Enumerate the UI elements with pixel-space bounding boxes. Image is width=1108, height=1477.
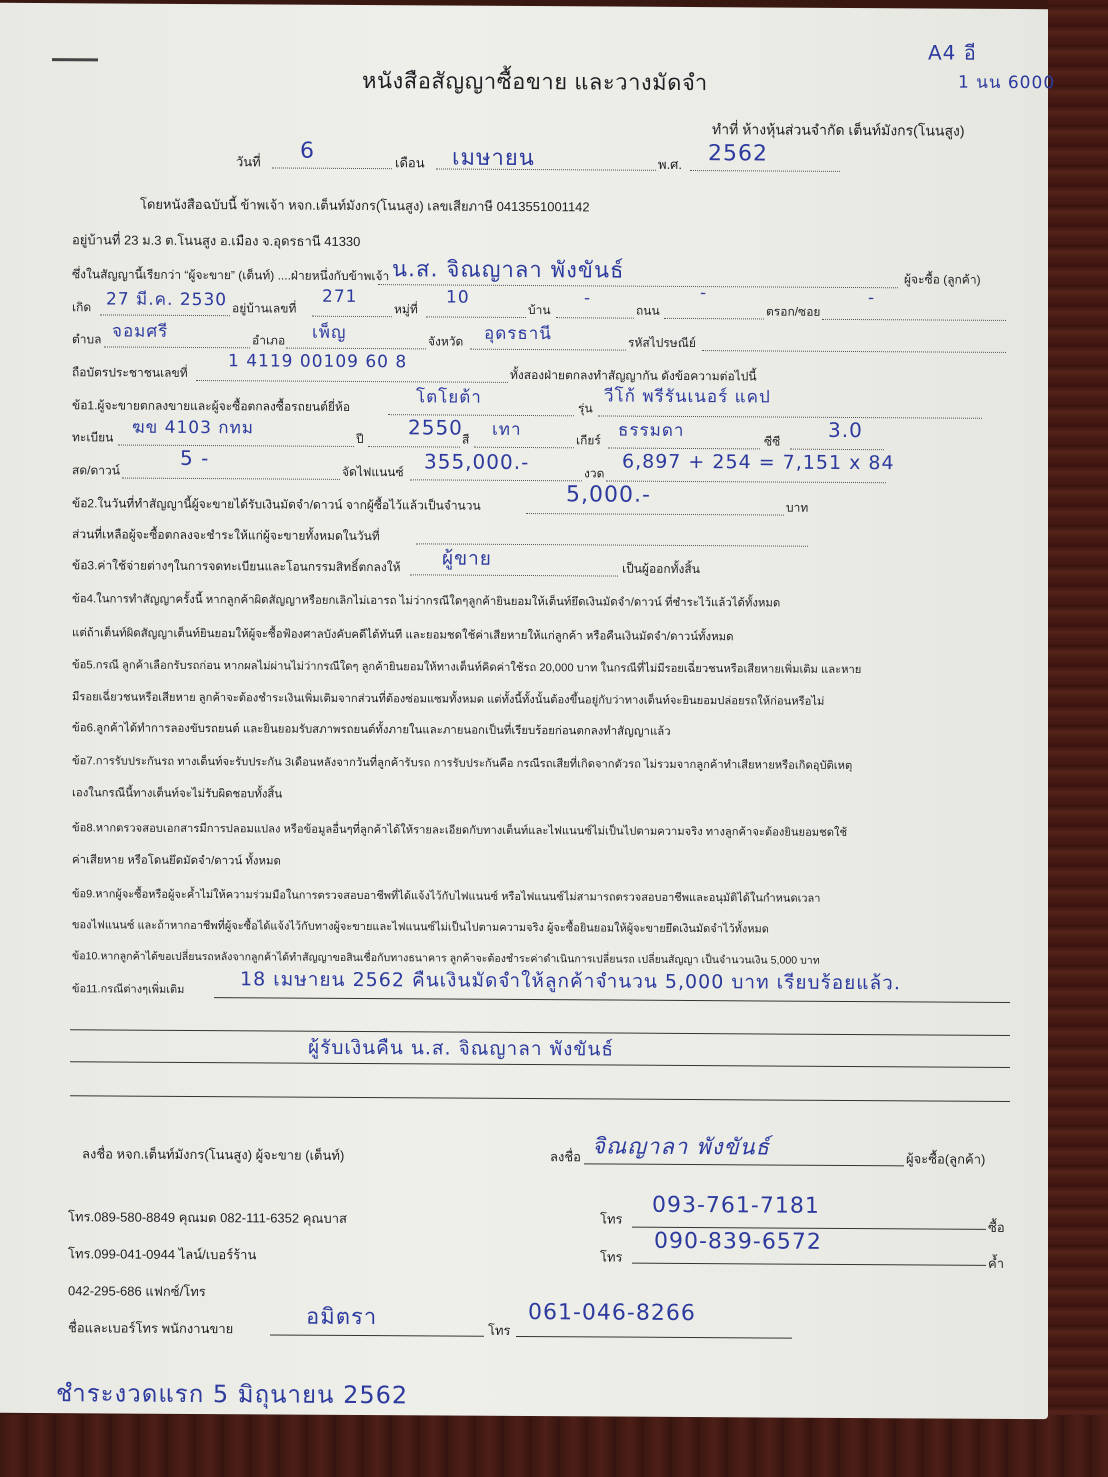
clause-line: ข้อ4.ในการทำสัญญาครั้งนี้ หากลูกค้าผิดสั… — [72, 590, 780, 612]
party-prefix: ซึ่งในสัญญานี้เรียกว่า “ผู้จะขาย” (เต็นท… — [72, 265, 389, 286]
province-label: จังหวัด — [428, 332, 463, 351]
month-label: เดือน — [395, 152, 425, 173]
lane-dots — [822, 319, 1006, 321]
day-value[interactable]: 6 — [300, 139, 315, 164]
clause3-suffix: เป็นผู้ออกทั้งสิ้น — [622, 560, 700, 579]
deposit-value[interactable]: 5,000.- — [566, 482, 651, 508]
guarantor-phone-label: โทร — [600, 1246, 623, 1267]
gear-label: เกียร์ — [576, 431, 601, 450]
finance-value[interactable]: 355,000.- — [424, 449, 529, 474]
clause-line: ข้อ5.กรณี ลูกค้าเลือกรับรถก่อน หากผลไม่ผ… — [72, 655, 861, 678]
year-value[interactable]: 2562 — [708, 141, 768, 166]
reg-label: ทะเบียน — [72, 428, 113, 447]
birth-dots — [100, 314, 230, 316]
guarantor-phone-suffix: ค้ำ — [988, 1253, 1004, 1274]
clause11-line-4 — [70, 1095, 1010, 1102]
id-label: ถือบัตรประชาชนเลขที่ — [72, 363, 188, 383]
house-no-dots — [312, 316, 392, 317]
road-label: ถนน — [636, 302, 660, 321]
deposit-unit: บาท — [786, 499, 808, 518]
clause-line: แต่ถ้าเต็นท์ผิดสัญญาเต็นท์ยินยอมให้ผู้จะ… — [72, 624, 734, 646]
cc-value[interactable]: 3.0 — [828, 418, 863, 442]
seller-contact-line: 042-295-686 แฟกซ์/โทร — [68, 1280, 206, 1302]
intro-line: โดยหนังสือฉบับนี้ ข้าพเจ้า หจก.เต็นท์มัง… — [140, 194, 590, 218]
day-dots — [272, 167, 392, 169]
id-dots — [196, 380, 508, 383]
buyer-suffix: ผู้จะซื้อ (ลูกค้า) — [904, 270, 981, 289]
house-no-value[interactable]: 271 — [322, 287, 357, 307]
vehicle-year-dots — [368, 446, 460, 448]
seller-contact-line: โทร.089-580-8849 คุณมด 082-111-6352 คุณบ… — [68, 1206, 347, 1229]
clause-line: ของไฟแนนซ์ และถ้าหากอาชีพที่ผู้จะซื้อได้… — [72, 915, 769, 937]
year-label: พ.ศ. — [658, 154, 682, 175]
salesperson-phone-value[interactable]: 061-046-8266 — [528, 1300, 696, 1326]
village-dots — [556, 317, 634, 318]
buyer-sign-label: ลงชื่อ — [550, 1146, 581, 1167]
year-dots — [690, 170, 840, 172]
finance-label: จัดไฟแนนซ์ — [342, 463, 404, 482]
first-payment-note: ชำระงวดแรก 5 มิถุนายน 2562 — [56, 1373, 408, 1414]
district-label: อำเภอ — [252, 331, 285, 350]
down-label: สด/ดาวน์ — [72, 461, 120, 480]
postcode-dots — [702, 350, 1006, 353]
clause2-text: ข้อ2.ในวันที่ทำสัญญานี้ผู้จะขายได้รับเงิ… — [72, 494, 481, 515]
subdistrict-label: ตำบล — [72, 330, 102, 349]
clause-line: ข้อ8.หากตรวจสอบเอกสารมีการปลอมแปลง หรือข… — [72, 818, 847, 841]
installment-value[interactable]: 6,897 + 254 = 7,151 x 84 — [622, 451, 895, 475]
postcode-label: รหัสไปรษณีย์ — [628, 334, 696, 353]
year-model-label: ปี — [356, 430, 364, 449]
down-dots — [122, 478, 340, 480]
reg-value[interactable]: ฆข 4103 กทม — [132, 414, 254, 442]
buyer-signature[interactable]: จิณญาลา พังขันธ์ — [592, 1128, 770, 1164]
district-dots — [286, 348, 426, 350]
model-label: รุ่น — [578, 399, 593, 418]
village-value[interactable]: - — [584, 288, 591, 308]
moo-dots — [426, 316, 526, 318]
clause3-text: ข้อ3.ค่าใช้จ่ายต่างๆในการจดทะเบียนและโอน… — [72, 556, 401, 577]
document-title: หนังสือสัญญาซื้อขาย และวางมัดจำ — [362, 63, 708, 100]
remaining-text: ส่วนที่เหลือผู้จะซื้อตกลงจะชำระให้แก่ผู้… — [72, 525, 380, 546]
salesperson-phone-line — [516, 1336, 792, 1339]
clause-line: ข้อ6.ลูกค้าได้ทำการลองขับรถยนต์ และยินยอ… — [72, 719, 671, 741]
reg-dots — [118, 445, 354, 447]
house-no-label: อยู่บ้านเลขที่ — [232, 299, 296, 318]
road-value[interactable]: - — [700, 283, 707, 303]
corner-note-1: A4 อี — [928, 36, 977, 68]
wood-background-bottom — [0, 1415, 1108, 1477]
salesperson-label: ชื่อและเบอร์โทร พนักงานขาย — [68, 1317, 233, 1339]
clause11-note-2[interactable]: ผู้รับเงินคืน น.ส. จิณญาลา พังขันธ์ — [308, 1033, 614, 1065]
seller-address: อยู่บ้านที่ 23 ม.3 ต.โนนสูง อ.เมือง จ.อุ… — [72, 229, 360, 252]
color-value[interactable]: เทา — [492, 416, 522, 443]
payer-dots — [410, 574, 618, 576]
buyer-name[interactable]: น.ส. จิณญาลา พังขันธ์ — [392, 251, 624, 287]
guarantor-phone-value[interactable]: 090-839-6572 — [654, 1229, 822, 1255]
day-label: วันที่ — [236, 151, 261, 172]
salesperson-value[interactable]: อมิตรา — [306, 1299, 377, 1334]
deposit-dots — [526, 513, 784, 516]
gear-value[interactable]: ธรรมดา — [618, 417, 684, 444]
road-dots — [664, 318, 764, 320]
seller-signature: ลงชื่อ หจก.เต็นท์มังกร(โนนสูง) ผู้จะขาย … — [82, 1143, 344, 1166]
color-dots — [474, 447, 574, 449]
birth-label: เกิด — [72, 298, 91, 317]
cc-label: ซีซี — [764, 432, 780, 451]
buyer-sign-suffix: ผู้จะซื้อ(ลูกค้า) — [906, 1148, 985, 1169]
made-at: ทำที่ ห้างหุ้นส่วนจำกัด เต็นท์มังกร(โนนส… — [712, 119, 965, 143]
buyer-phone-suffix: ซื้อ — [988, 1217, 1005, 1238]
subdistrict-value[interactable]: จอมศรี — [112, 317, 168, 344]
clause-line: มีรอยเฉี่ยวชนหรือเสียหาย ลูกค้าจะต้องชำร… — [72, 687, 824, 710]
clause-line: ค่าเสียหาย หรือโดนยึดมัดจำ/ดาวน์ ทั้งหมด — [72, 851, 281, 870]
id-value[interactable]: 1 4119 00109 60 8 — [228, 351, 407, 372]
model-value[interactable]: วีโก้ พรีรันเนอร์ แคป — [604, 382, 771, 410]
color-label: สี — [462, 431, 469, 450]
province-dots — [470, 349, 626, 351]
clause-line: ข้อ7.การรับประกันรถ ทางเต็นท์จะรับประกัน… — [72, 751, 852, 774]
clause11-label: ข้อ11.กรณีต่างๆเพิ่มเติม — [72, 979, 184, 998]
lane-label: ตรอก/ซอย — [766, 302, 820, 321]
salesperson-phone-label: โทร — [488, 1320, 511, 1341]
birth-value[interactable]: 27 มี.ค. 2530 — [106, 285, 227, 313]
village-label: บ้าน — [528, 301, 551, 320]
contract-paper: A4 อี 1 นน 6000 หนังสือสัญญาซื้อขาย และว… — [0, 3, 1048, 1419]
province-value[interactable]: อุดรธานี — [484, 320, 552, 347]
clause-line: ข้อ9.หากผู้จะซื้อหรือผู้จะค้ำไม่ให้ความร… — [72, 884, 820, 907]
brand-value[interactable]: โตโยต้า — [416, 383, 482, 410]
buyer-phone-label: โทร — [600, 1208, 623, 1229]
punch-mark — [52, 58, 98, 61]
finance-dots — [410, 479, 582, 481]
salesperson-line — [270, 1334, 484, 1336]
vehicle-year-value[interactable]: 2550 — [408, 415, 463, 439]
buyer-phone-value[interactable]: 093-761-7181 — [652, 1193, 820, 1219]
payer-value[interactable]: ผู้ขาย — [442, 543, 492, 573]
corner-note-2: 1 นน 6000 — [958, 69, 1055, 97]
down-value[interactable]: 5 - — [180, 446, 209, 470]
wood-background-right — [1048, 0, 1108, 1477]
lane-value[interactable]: - — [868, 288, 875, 308]
cc-dots — [790, 449, 884, 451]
subdistrict-dots — [104, 346, 250, 348]
moo-value[interactable]: 10 — [446, 288, 470, 308]
moo-label: หมู่ที่ — [394, 300, 418, 319]
month-value[interactable]: เมษายน — [452, 140, 535, 176]
clause11-note-1[interactable]: 18 เมษายน 2562 คืนเงินมัดจำให้ลูกค้าจำนว… — [240, 964, 901, 998]
seller-contact-line: โทร.099-041-0944 ไลน์/เบอร์ร้าน — [68, 1243, 256, 1265]
guarantor-phone-line — [632, 1263, 986, 1266]
gear-dots — [608, 448, 760, 450]
clause-line: เองในกรณีนี้ทางเต็นท์จะไม่รับผิดชอบทั้งส… — [72, 784, 282, 803]
district-value[interactable]: เพ็ญ — [312, 319, 347, 346]
installment-label: งวด — [584, 464, 604, 483]
